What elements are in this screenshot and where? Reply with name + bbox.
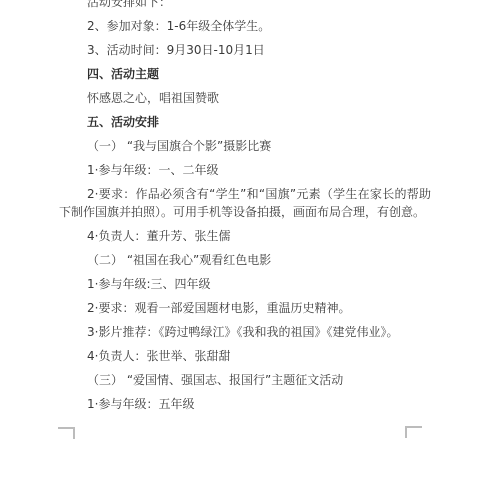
paragraph: 五、活动安排 — [59, 113, 431, 131]
paragraph: 1·参与年级：一、二年级 — [59, 161, 431, 179]
paragraph: 2·要求：作品必须含有“学生”和“国旗”元素（学生在家长的帮助下制作国旗并拍照）… — [59, 185, 431, 221]
document-body: 活动安排如下：2、参加对象：1-6年级全体学生。3、活动时间：9月30日-10月… — [59, 0, 431, 419]
paragraph: 1·参与年级:三、四年级 — [59, 275, 431, 293]
page-margin-corner-mark-left — [58, 427, 75, 439]
paragraph: 4·负责人：张世举、张甜甜 — [59, 347, 431, 365]
paragraph: 2·要求：观看一部爱国题材电影，重温历史精神。 — [59, 299, 431, 317]
page-margin-corner-mark-right — [405, 426, 422, 438]
paragraph: 活动安排如下： — [59, 0, 431, 11]
paragraph: 4·负责人：董升芳、张生儒 — [59, 227, 431, 245]
document-page: 活动安排如下：2、参加对象：1-6年级全体学生。3、活动时间：9月30日-10月… — [0, 0, 480, 480]
paragraph: （三） “爱国情、强国志、报国行”主题征文活动 — [59, 371, 431, 389]
paragraph: 1·参与年级：五年级 — [59, 395, 431, 413]
paragraph: 怀感恩之心，唱祖国赞歌 — [59, 89, 431, 107]
paragraph: 3、活动时间：9月30日-10月1日 — [59, 41, 431, 59]
paragraph: 3·影片推荐：《跨过鸭绿江》《我和我的祖国》《建党伟业》。 — [59, 323, 431, 341]
paragraph: 2、参加对象：1-6年级全体学生。 — [59, 17, 431, 35]
paragraph: 四、活动主题 — [59, 65, 431, 83]
paragraph: （二） “祖国在我心”观看红色电影 — [59, 251, 431, 269]
paragraph: （一） “我与国旗合个影”摄影比赛 — [59, 137, 431, 155]
